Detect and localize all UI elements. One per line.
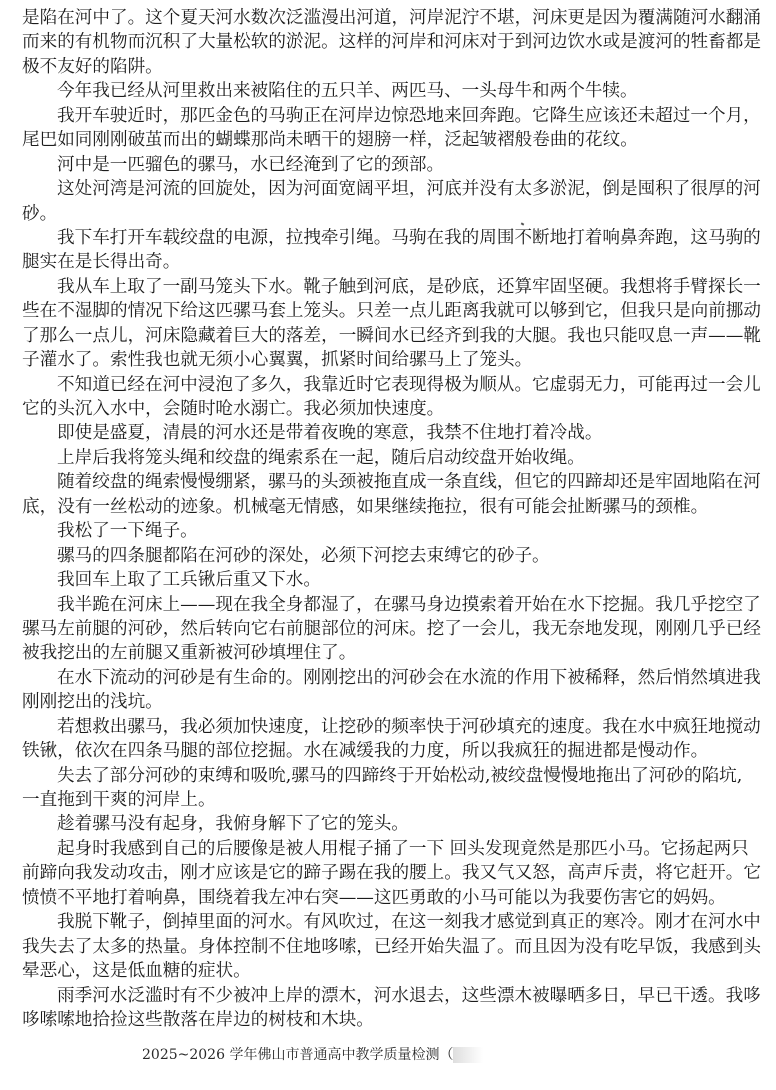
- text-line: 我回车上取了工兵锹后重又下水。: [22, 568, 736, 592]
- text-line: 今年我已经从河里救出来被陷住的五只羊、两匹马、一头母牛和两个牛犊。: [22, 79, 736, 103]
- page-footer: 2025~2026 学年佛山市普通高中教学质量检测（: [142, 1046, 483, 1064]
- text-line: 砂。: [22, 202, 736, 226]
- text-line: 些在不湿脚的情况下给这匹骡马套上笼头。只差一点儿距离我就可以够到它，但我只是向前…: [22, 299, 736, 323]
- text-line: 了那么一点儿，河床隐藏着巨大的落差，一瞬间水已经齐到我的大腿。我也只能叹息一声—…: [22, 324, 736, 348]
- text-line: 哆嗦嗦地拾捡这些散落在岸边的树枝和木块。: [22, 1008, 736, 1032]
- text-line: 我从车上取了一副马笼头下水。靴子触到河底，是砂底，还算牢固坚硬。我想将手臂探长一: [22, 275, 736, 299]
- text-line: 愤愤不平地打着响鼻，围绕着我左冲右突——这匹勇敢的小马可能以为我要伤害它的妈妈。: [22, 886, 736, 910]
- text-line: 上岸后我将笼头绳和绞盘的绳索系在一起，随后启动绞盘开始收绳。: [22, 446, 736, 470]
- text-line: 我半跪在河床上——现在我全身都湿了，在骡马身边摸索着开始在水下挖掘。我几乎挖空了: [22, 593, 736, 617]
- text-line: 晕恶心，这是低血糖的症状。: [22, 959, 736, 983]
- text-line: 骡马的四条腿都陷在河砂的深处，必须下河挖去束缚它的砂子。: [22, 544, 736, 568]
- text-line: 而来的有机物而沉积了大量松软的淤泥。这样的河岸和河床对于到河边饮水或是渡河的牲畜…: [22, 30, 736, 54]
- text-line: 被我挖出的左前腿又重新被河砂填埋住了。: [22, 641, 736, 665]
- text-line: 我开车驶近时，那匹金色的马驹正在河岸边惊恐地来回奔跑。它降生应该还未超过一个月，: [22, 104, 736, 128]
- text-line: 子灌水了。索性我也就无须小心翼翼，抓紧时间给骡马上了笼头。: [22, 348, 736, 372]
- text-line: 一直拖到干爽的河岸上。: [22, 788, 736, 812]
- text-line: 铁锹，依次在四条马腿的部位挖掘。水在减缓我的力度，所以我疯狂的掘进都是慢动作。: [22, 739, 736, 763]
- text-line: 不知道已经在河中浸泡了多久，我靠近时它表现得极为顺从。它虚弱无力，可能再过一会儿: [22, 373, 736, 397]
- text-line: 即使是盛夏，清晨的河水还是带着夜晚的寒意，我禁不住地打着冷战。: [22, 421, 736, 445]
- text-line: 尾巴如同刚刚破茧而出的蝴蝶那尚未晒干的翅膀一样，泛起皱褶般卷曲的花纹。: [22, 128, 736, 152]
- text-line: 雨季河水泛滥时有不少被冲上岸的漂木，河水退去，这些漂木被曝晒多日，早已干透。我哆: [22, 984, 736, 1008]
- text-line: 极不友好的陷阱。: [22, 55, 736, 79]
- text-line: 我失去了太多的热量。身体控制不住地哆嗦，已经开始失温了。而且因为没有吃早饭，我感…: [22, 935, 736, 959]
- text-line: 前蹄向我发动攻击，刚才应该是它的蹄子踢在我的腰上。我又气又怒，高声斥责，将它赶开…: [22, 861, 736, 885]
- text-line: 骡马左前腿的河砂，然后转向它右前腿部位的河床。挖了一会儿，我无奈地发现，刚刚几乎…: [22, 617, 736, 641]
- text-line: 随着绞盘的绳索慢慢绷紧，骡马的头颈被拖直成一条直线，但它的四蹄却还是牢固地陷在河: [22, 470, 736, 494]
- text-line: 是陷在河中了。这个夏天河水数次泛滥漫出河道，河岸泥泞不堪，河床更是因为覆满随河水…: [22, 6, 736, 30]
- text-line: 刚刚挖出的浅坑。: [22, 690, 736, 714]
- text-line: 我下车打开车载绞盘的电源，拉拽牵引绳。马驹在我的周围不断地打着响鼻奔跑，这马驹的: [22, 226, 736, 250]
- text-line: 这处河湾是河流的回旋处，因为河面宽阔平坦，河底并没有太多淤泥，倒是囤积了很厚的河: [22, 177, 736, 201]
- text-line: 失去了部分河砂的束缚和吸吮,骡马的四蹄终于开始松动,被绞盘慢慢地拖出了河砂的陷坑…: [22, 764, 736, 788]
- text-line: 我脱下靴子，倒掉里面的河水。有风吹过，在这一刻我才感觉到真正的寒冷。刚才在河水中: [22, 910, 736, 934]
- text-line: 趁着骡马没有起身，我俯身解下了它的笼头。: [22, 812, 736, 836]
- text-line: 起身时我感到自己的后腰像是被人用棍子捅了一下 回头发现竟然是那匹小马。它扬起两只: [22, 837, 736, 861]
- text-line: 它的头沉入水中，会随时呛水溺亡。我必须加快速度。: [22, 397, 736, 421]
- text-line: 腿实在是长得出奇。: [22, 250, 736, 274]
- footer-exam-title: 2025~2026 学年佛山市普通高中教学质量检测（: [142, 1047, 453, 1063]
- document-page: 是陷在河中了。这个夏天河水数次泛滥漫出河道，河岸泥泞不堪，河床更是因为覆满随河水…: [22, 6, 736, 1032]
- text-line: 河中是一匹骝色的骡马，水已经淹到了它的颈部。: [22, 153, 736, 177]
- text-line: 我松了一下绳子。: [22, 519, 736, 543]
- text-line: 底，没有一丝松动的迹象。机械毫无情感，如果继续拖拉，很有可能会扯断骡马的颈椎。: [22, 495, 736, 519]
- text-line: 若想救出骡马，我必须加快速度，让挖砂的频率快于河砂填充的速度。我在水中疯狂地搅动: [22, 715, 736, 739]
- footer-cutoff-fade: [453, 1047, 483, 1063]
- text-line: 在水下流动的河砂是有生命的。刚刚挖出的河砂会在水流的作用下被稀释，然后悄然填进我: [22, 666, 736, 690]
